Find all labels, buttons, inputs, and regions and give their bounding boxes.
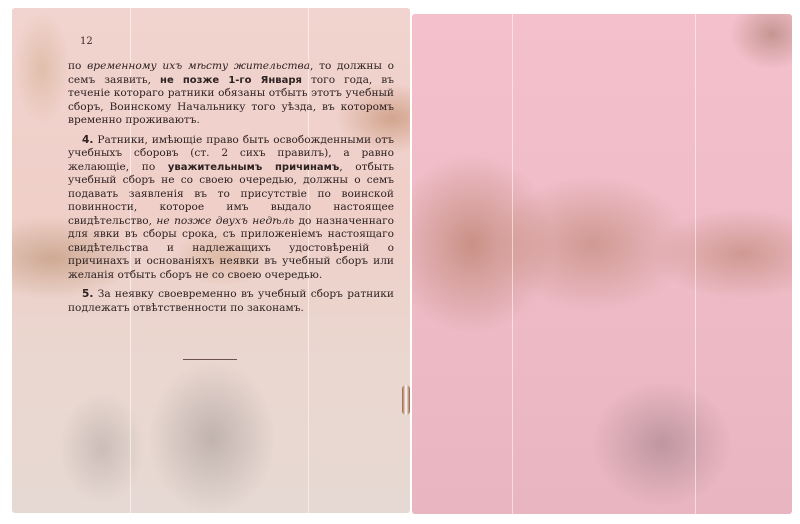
- text: по: [68, 60, 87, 72]
- fold-crease: [512, 14, 513, 514]
- separator-line: [183, 359, 237, 360]
- fold-crease: [695, 14, 696, 514]
- page-number: 12: [80, 36, 93, 47]
- paragraph-number: 4.: [82, 134, 93, 146]
- bold-text: уважительнымъ причинамъ: [168, 162, 339, 173]
- text: За неявку своевременно въ учебный сборъ …: [68, 288, 394, 314]
- italic-text: временному ихъ мѣсту жительства: [87, 60, 310, 72]
- paragraph-intro: по временному ихъ мѣсту жительства, то д…: [68, 60, 394, 128]
- italic-text: не позже двухъ недѣль: [156, 215, 294, 227]
- paragraph-5: 5. За неявку своевременно въ учебный сбо…: [68, 288, 394, 315]
- document-text: по временному ихъ мѣсту жительства, то д…: [68, 60, 394, 321]
- spine-tear: [402, 385, 410, 415]
- right-page-blank: [412, 14, 792, 514]
- paragraph-4: 4. Ратники, имѣющіе право быть освобожде…: [68, 134, 394, 283]
- paragraph-number: 5.: [82, 288, 93, 300]
- bold-text: не позже 1-го Января: [160, 75, 302, 86]
